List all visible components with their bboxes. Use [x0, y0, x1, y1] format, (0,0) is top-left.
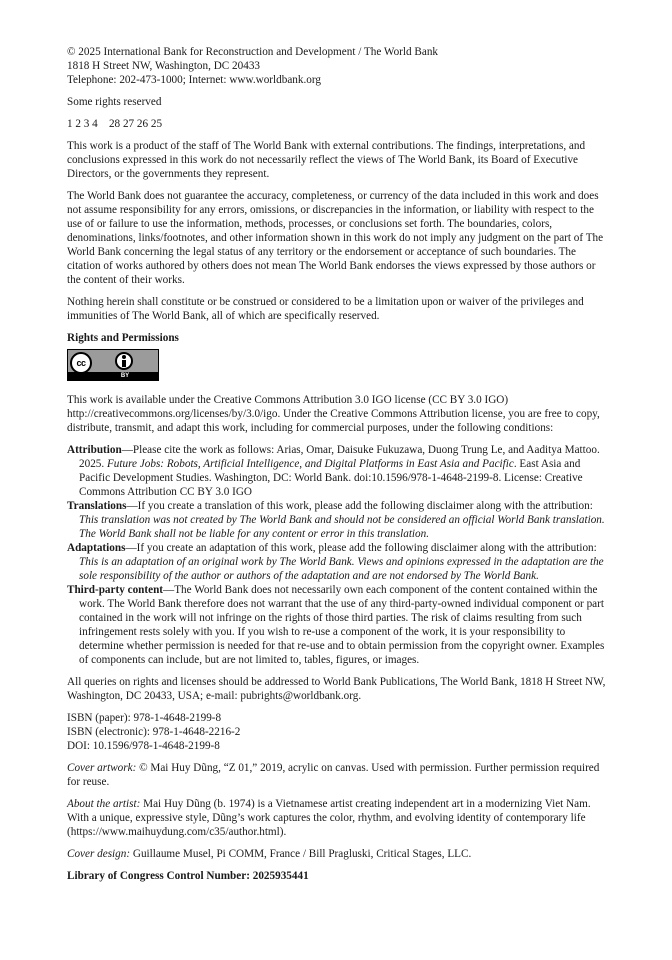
- condition-term: Translations: [67, 500, 126, 512]
- condition-third-party: Third-party content—The World Bank does …: [67, 583, 607, 667]
- creative-commons-icon: cc: [70, 352, 92, 374]
- cover-artwork: Cover artwork: © Mai Huy Dũng, “Z 01,” 2…: [67, 761, 607, 789]
- condition-text: —If you create an adaptation of this wor…: [125, 542, 596, 554]
- about-artist: About the artist: Mai Huy Dũng (b. 1974)…: [67, 797, 607, 839]
- person-torso: [122, 360, 126, 367]
- cover-design-text: Guillaume Musel, Pi COMM, France / Bill …: [130, 848, 471, 860]
- copyright-page: © 2025 International Bank for Reconstruc…: [67, 45, 607, 891]
- isbn-paper: ISBN (paper): 978-1-4648-2199-8: [67, 712, 221, 724]
- condition-attribution: Attribution—Please cite the work as foll…: [67, 443, 607, 499]
- disclaimer-immunities: Nothing herein shall constitute or be co…: [67, 295, 607, 323]
- cc-by-badge[interactable]: cc BY: [67, 349, 159, 381]
- license-text: This work is available under the Creativ…: [67, 393, 607, 435]
- copyright-block: © 2025 International Bank for Reconstruc…: [67, 45, 607, 87]
- disclaimer-italic: This is an adaptation of an original wor…: [79, 556, 604, 582]
- condition-translations: Translations—If you create a translation…: [67, 499, 607, 541]
- doi: DOI: 10.1596/978-1-4648-2199-8: [67, 740, 220, 752]
- cover-design-label: Cover design:: [67, 848, 130, 860]
- condition-term: Adaptations: [67, 542, 125, 554]
- lccn: Library of Congress Control Number: 2025…: [67, 869, 607, 883]
- isbn-electronic: ISBN (electronic): 978-1-4648-2216-2: [67, 726, 240, 738]
- cover-design: Cover design: Guillaume Musel, Pi COMM, …: [67, 847, 607, 861]
- about-artist-label: About the artist:: [67, 798, 140, 810]
- disclaimer-staff: This work is a product of the staff of T…: [67, 139, 607, 181]
- condition-text: —The World Bank does not necessarily own…: [79, 584, 604, 666]
- by-label: BY: [114, 372, 136, 380]
- person-head: [122, 355, 126, 359]
- disclaimer-accuracy: The World Bank does not guarantee the ac…: [67, 189, 607, 287]
- cover-artwork-label: Cover artwork:: [67, 762, 136, 774]
- identifiers-block: ISBN (paper): 978-1-4648-2199-8 ISBN (el…: [67, 711, 607, 753]
- cover-artwork-text: © Mai Huy Dũng, “Z 01,” 2019, acrylic on…: [67, 762, 599, 788]
- address-line: 1818 H Street NW, Washington, DC 20433: [67, 60, 260, 72]
- condition-term: Attribution: [67, 444, 122, 456]
- queries-text: All queries on rights and licenses shoul…: [67, 675, 607, 703]
- copyright-line: © 2025 International Bank for Reconstruc…: [67, 46, 438, 58]
- rights-heading: Rights and Permissions: [67, 331, 607, 345]
- attribution-person-icon: [115, 352, 133, 370]
- condition-term: Third-party content: [67, 584, 163, 596]
- disclaimer-italic: This translation was not created by The …: [79, 514, 605, 540]
- contact-line: Telephone: 202-473-1000; Internet: www.w…: [67, 74, 321, 86]
- badge-bar: [68, 372, 158, 380]
- about-artist-text: Mai Huy Dũng (b. 1974) is a Vietnamese a…: [67, 798, 591, 838]
- rights-reserved: Some rights reserved: [67, 95, 607, 109]
- printing-line: 1 2 3 4 28 27 26 25: [67, 117, 607, 131]
- book-title: Future Jobs: Robots, Artificial Intellig…: [107, 458, 514, 470]
- condition-adaptations: Adaptations—If you create an adaptation …: [67, 541, 607, 583]
- condition-text: —If you create a translation of this wor…: [126, 500, 592, 512]
- license-conditions: Attribution—Please cite the work as foll…: [67, 443, 607, 667]
